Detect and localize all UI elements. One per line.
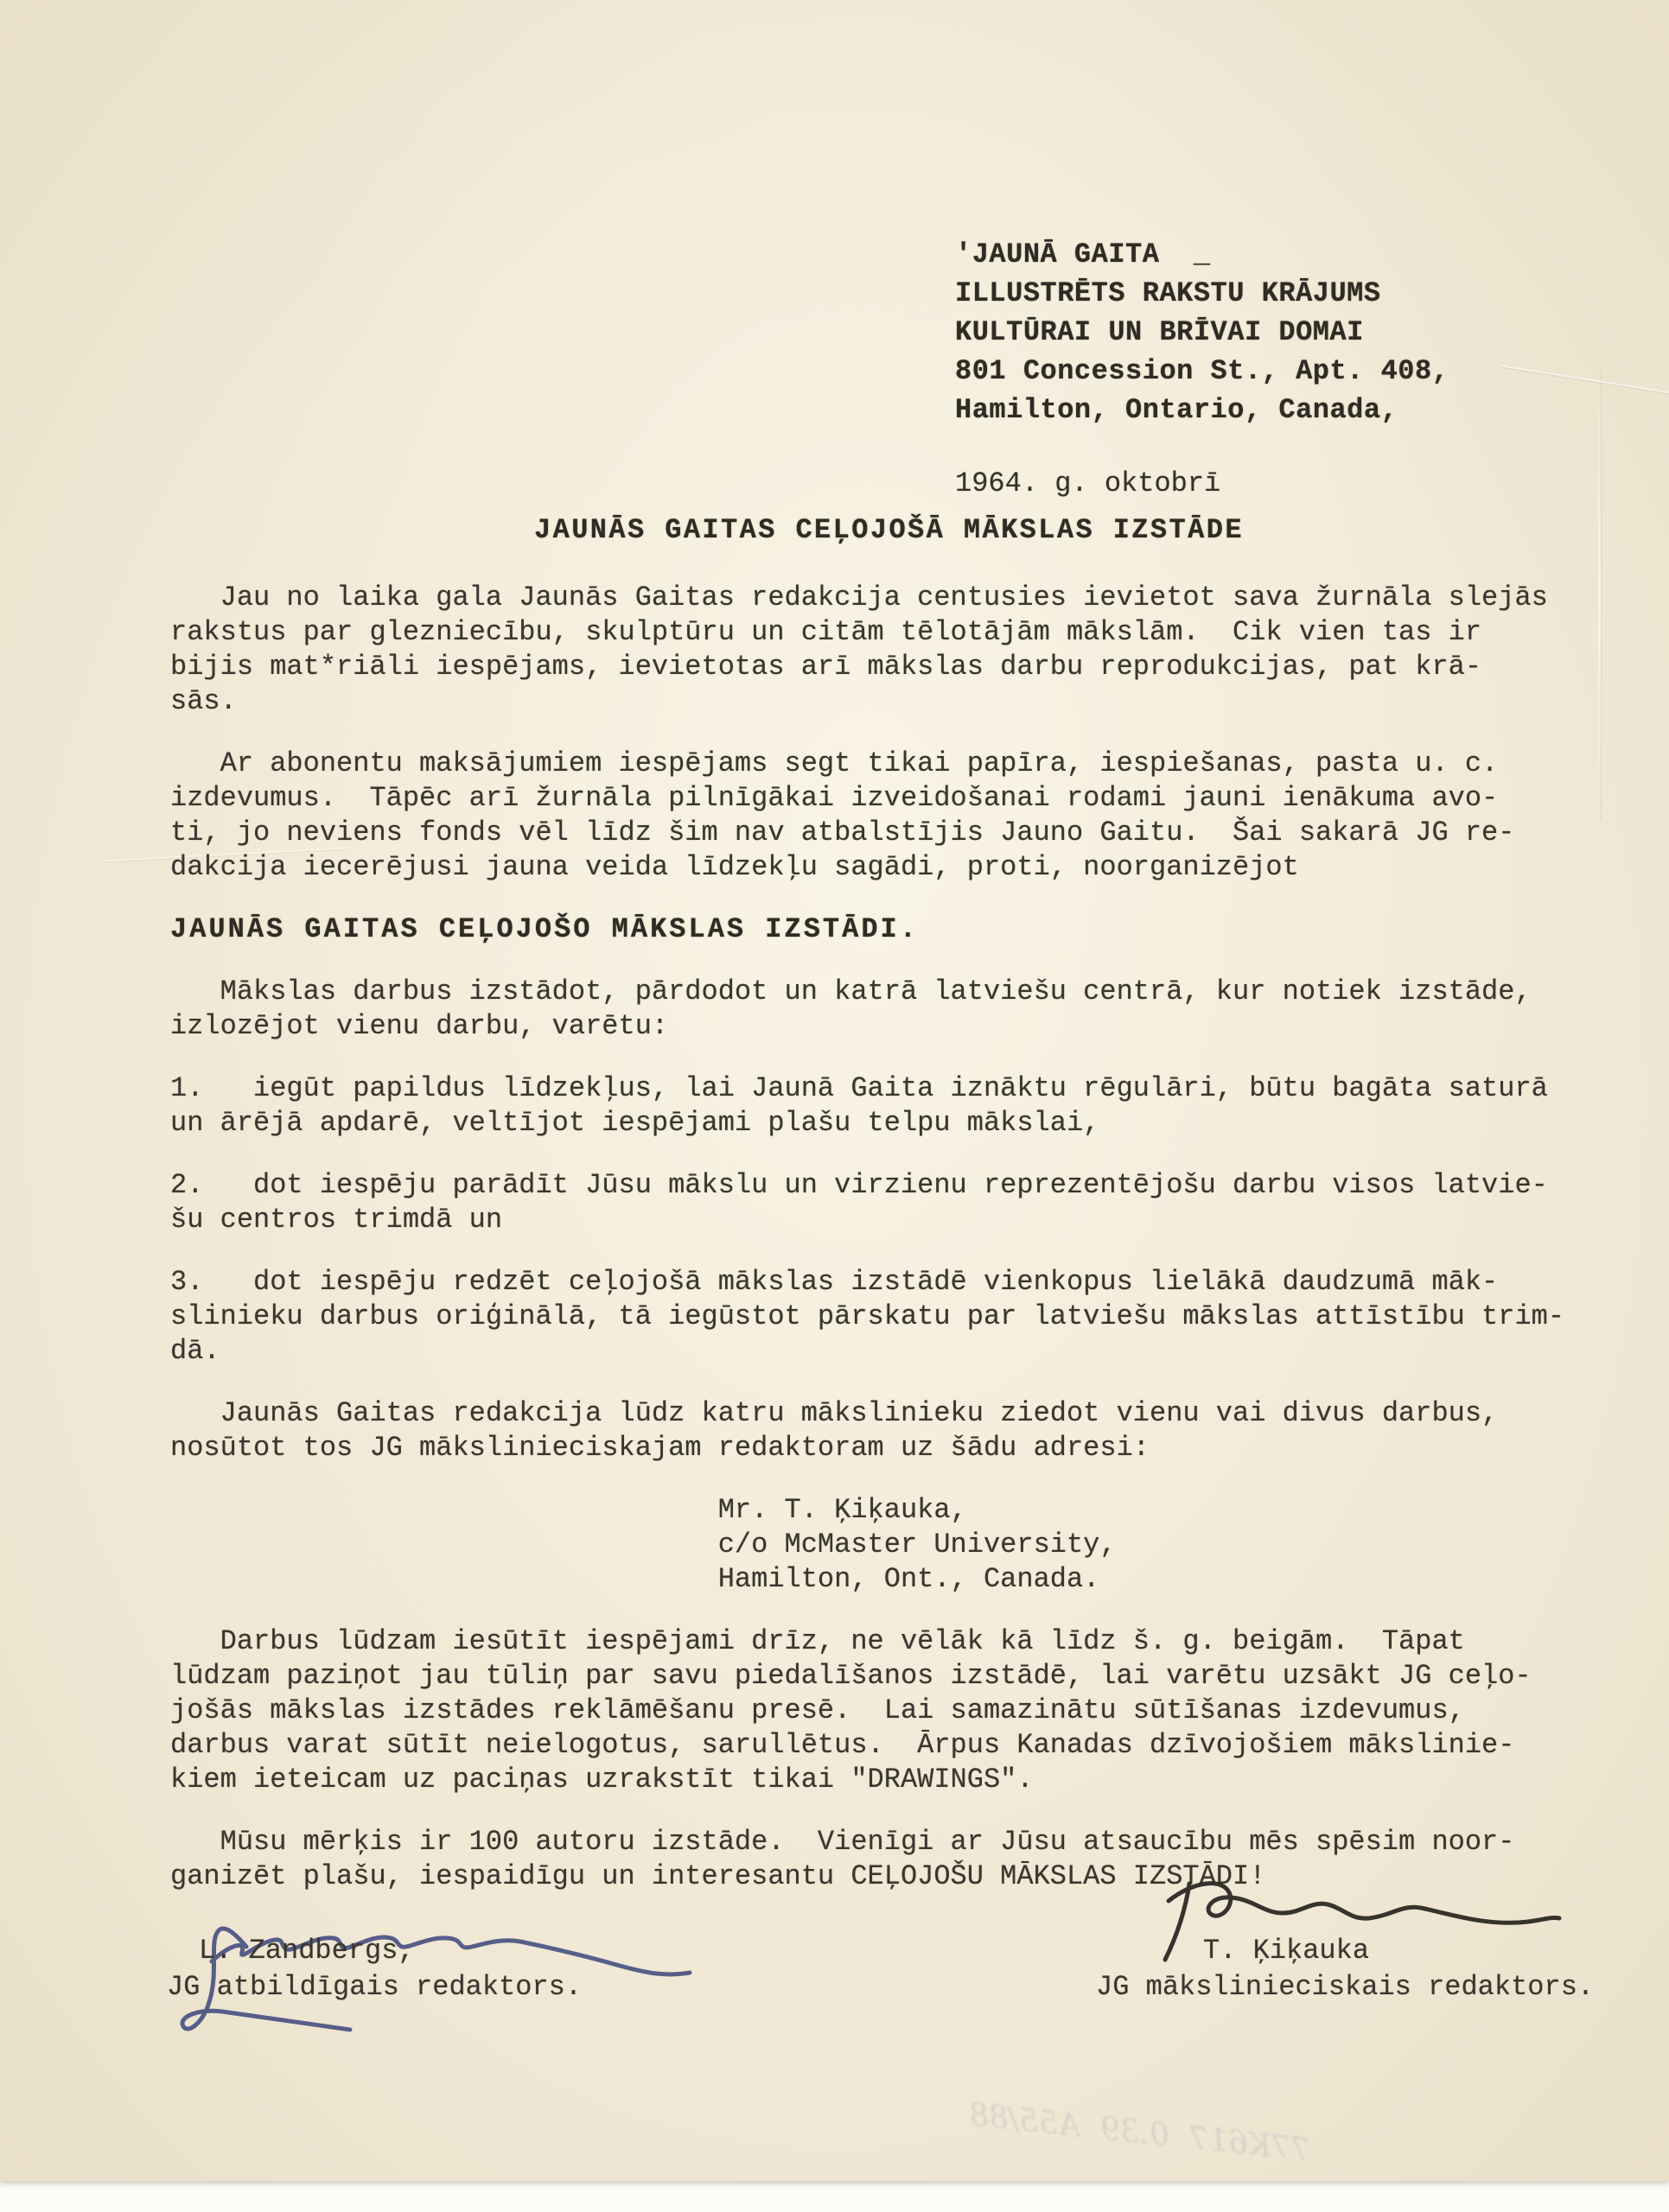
paper-crease — [1500, 365, 1669, 393]
text-line: rakstus par glezniecību, skulptūru un ci… — [170, 615, 1570, 650]
text-line: Hamilton, Ont., Canada. — [170, 1562, 1570, 1597]
text-line: Mūsu mērķis ir 100 autoru izstāde. Vienī… — [170, 1825, 1570, 1859]
text-line: JAUNĀS GAITAS CEĻOJOŠO MĀKSLAS IZSTĀDI. — [170, 912, 1570, 947]
text-line: šu centros trimdā un — [170, 1203, 1570, 1237]
letterhead-org: 'JAUNĀ GAITA _ — [955, 235, 1449, 274]
signature-kikauka-ink — [1115, 1873, 1582, 1986]
letterhead: 'JAUNĀ GAITA _ ILLUSTRĒTS RAKSTU KRĀJUMS… — [955, 235, 1449, 503]
paragraph: Mākslas darbus izstādot, pārdodot un kat… — [170, 975, 1570, 1044]
text-line: 3. dot iespēju redzēt ceļojošā mākslas i… — [170, 1265, 1570, 1300]
text-line: jošās mākslas izstādes reklāmēšanu presē… — [170, 1694, 1570, 1728]
text-line: izlozējot vienu darbu, varētu: — [170, 1009, 1570, 1044]
text-line: nosūtot tos JG mākslinieciskajam redakto… — [170, 1431, 1570, 1465]
text-line: Jaunās Gaitas redakcija lūdz katru māksl… — [170, 1396, 1570, 1431]
text-line: slinieku darbus oriģinālā, tā iegūstot p… — [170, 1300, 1570, 1334]
bleed-through-pencil-note: 77K617 0.39 A55/88 — [967, 2097, 1312, 2168]
text-line: Mākslas darbus izstādot, pārdodot un kat… — [170, 975, 1570, 1009]
signature-name-left: L. Zandbergs, — [199, 1934, 415, 1968]
paragraph: Jaunās Gaitas redakcija lūdz katru māksl… — [170, 1396, 1570, 1465]
signature-role-right: JG mākslinieciskais redaktors. — [1096, 1970, 1594, 2005]
text-line: sās. — [170, 684, 1570, 719]
letterhead-subtitle: ILLUSTRĒTS RAKSTU KRĀJUMS — [955, 274, 1449, 313]
text-line: Mr. T. Ķiķauka, — [170, 1493, 1570, 1528]
signature-role-left: JG atbildīgais redaktors. — [167, 1970, 582, 2005]
letter-body: Jau no laika gala Jaunās Gaitas redakcij… — [170, 581, 1570, 1894]
paragraph: 3. dot iespēju redzēt ceļojošā mākslas i… — [170, 1265, 1570, 1369]
text-line: bijis mat*riāli iespējams, ievietotas ar… — [170, 650, 1570, 684]
letter-title: JAUNĀS GAITAS CEĻOJOŠĀ MĀKSLAS IZSTĀDE — [534, 514, 1244, 546]
letter-paper: 'JAUNĀ GAITA _ ILLUSTRĒTS RAKSTU KRĀJUMS… — [0, 0, 1669, 2181]
letter-date: 1964. g. oktobrī — [955, 464, 1449, 503]
text-line: lūdzam paziņot jau tūliņ par savu piedal… — [170, 1659, 1570, 1694]
section-heading: JAUNĀS GAITAS CEĻOJOŠO MĀKSLAS IZSTĀDI. — [170, 912, 1570, 947]
letterhead-subtitle: KULTŪRAI UN BRĪVAI DOMAI — [955, 313, 1449, 352]
text-line: Darbus lūdzam iesūtīt iespējami drīz, ne… — [170, 1624, 1570, 1659]
text-line: dā. — [170, 1334, 1570, 1369]
paper-crease — [1598, 372, 1601, 821]
paragraph: Jau no laika gala Jaunās Gaitas redakcij… — [170, 581, 1570, 719]
paragraph: 1. iegūt papildus līdzekļus, lai Jaunā G… — [170, 1071, 1570, 1141]
paragraph: Darbus lūdzam iesūtīt iespējami drīz, ne… — [170, 1624, 1570, 1797]
paragraph: Mr. T. Ķiķauka, c/o McMaster University,… — [170, 1493, 1570, 1597]
text-line: izdevumus. Tāpēc arī žurnāla pilnīgākai … — [170, 781, 1570, 816]
text-line: ti, jo neviens fonds vēl līdz šim nav at… — [170, 816, 1570, 850]
text-line: Jau no laika gala Jaunās Gaitas redakcij… — [170, 581, 1570, 615]
text-line: dakcija iecerējusi jauna veida līdzekļu … — [170, 850, 1570, 885]
scanned-letter: 'JAUNĀ GAITA _ ILLUSTRĒTS RAKSTU KRĀJUMS… — [0, 0, 1669, 2212]
signature-name-right: T. Ķiķauka — [1203, 1934, 1369, 1968]
text-line: darbus varat sūtīt neielogotus, sarullēt… — [170, 1728, 1570, 1763]
text-line: c/o McMaster University, — [170, 1528, 1570, 1562]
letterhead-address: Hamilton, Ontario, Canada, — [955, 391, 1449, 429]
text-line: un ārējā apdarē, veltījot iespējami plaš… — [170, 1106, 1570, 1141]
text-line: 1. iegūt papildus līdzekļus, lai Jaunā G… — [170, 1071, 1570, 1106]
text-line: kiem ieteicam uz paciņas uzrakstīt tikai… — [170, 1763, 1570, 1797]
paragraph: Ar abonentu maksājumiem iespējams segt t… — [170, 747, 1570, 885]
text-line: Ar abonentu maksājumiem iespējams segt t… — [170, 747, 1570, 781]
paragraph: 2. dot iespēju parādīt Jūsu mākslu un vi… — [170, 1168, 1570, 1237]
letterhead-address: 801 Concession St., Apt. 408, — [955, 352, 1449, 391]
text-line: 2. dot iespēju parādīt Jūsu mākslu un vi… — [170, 1168, 1570, 1203]
